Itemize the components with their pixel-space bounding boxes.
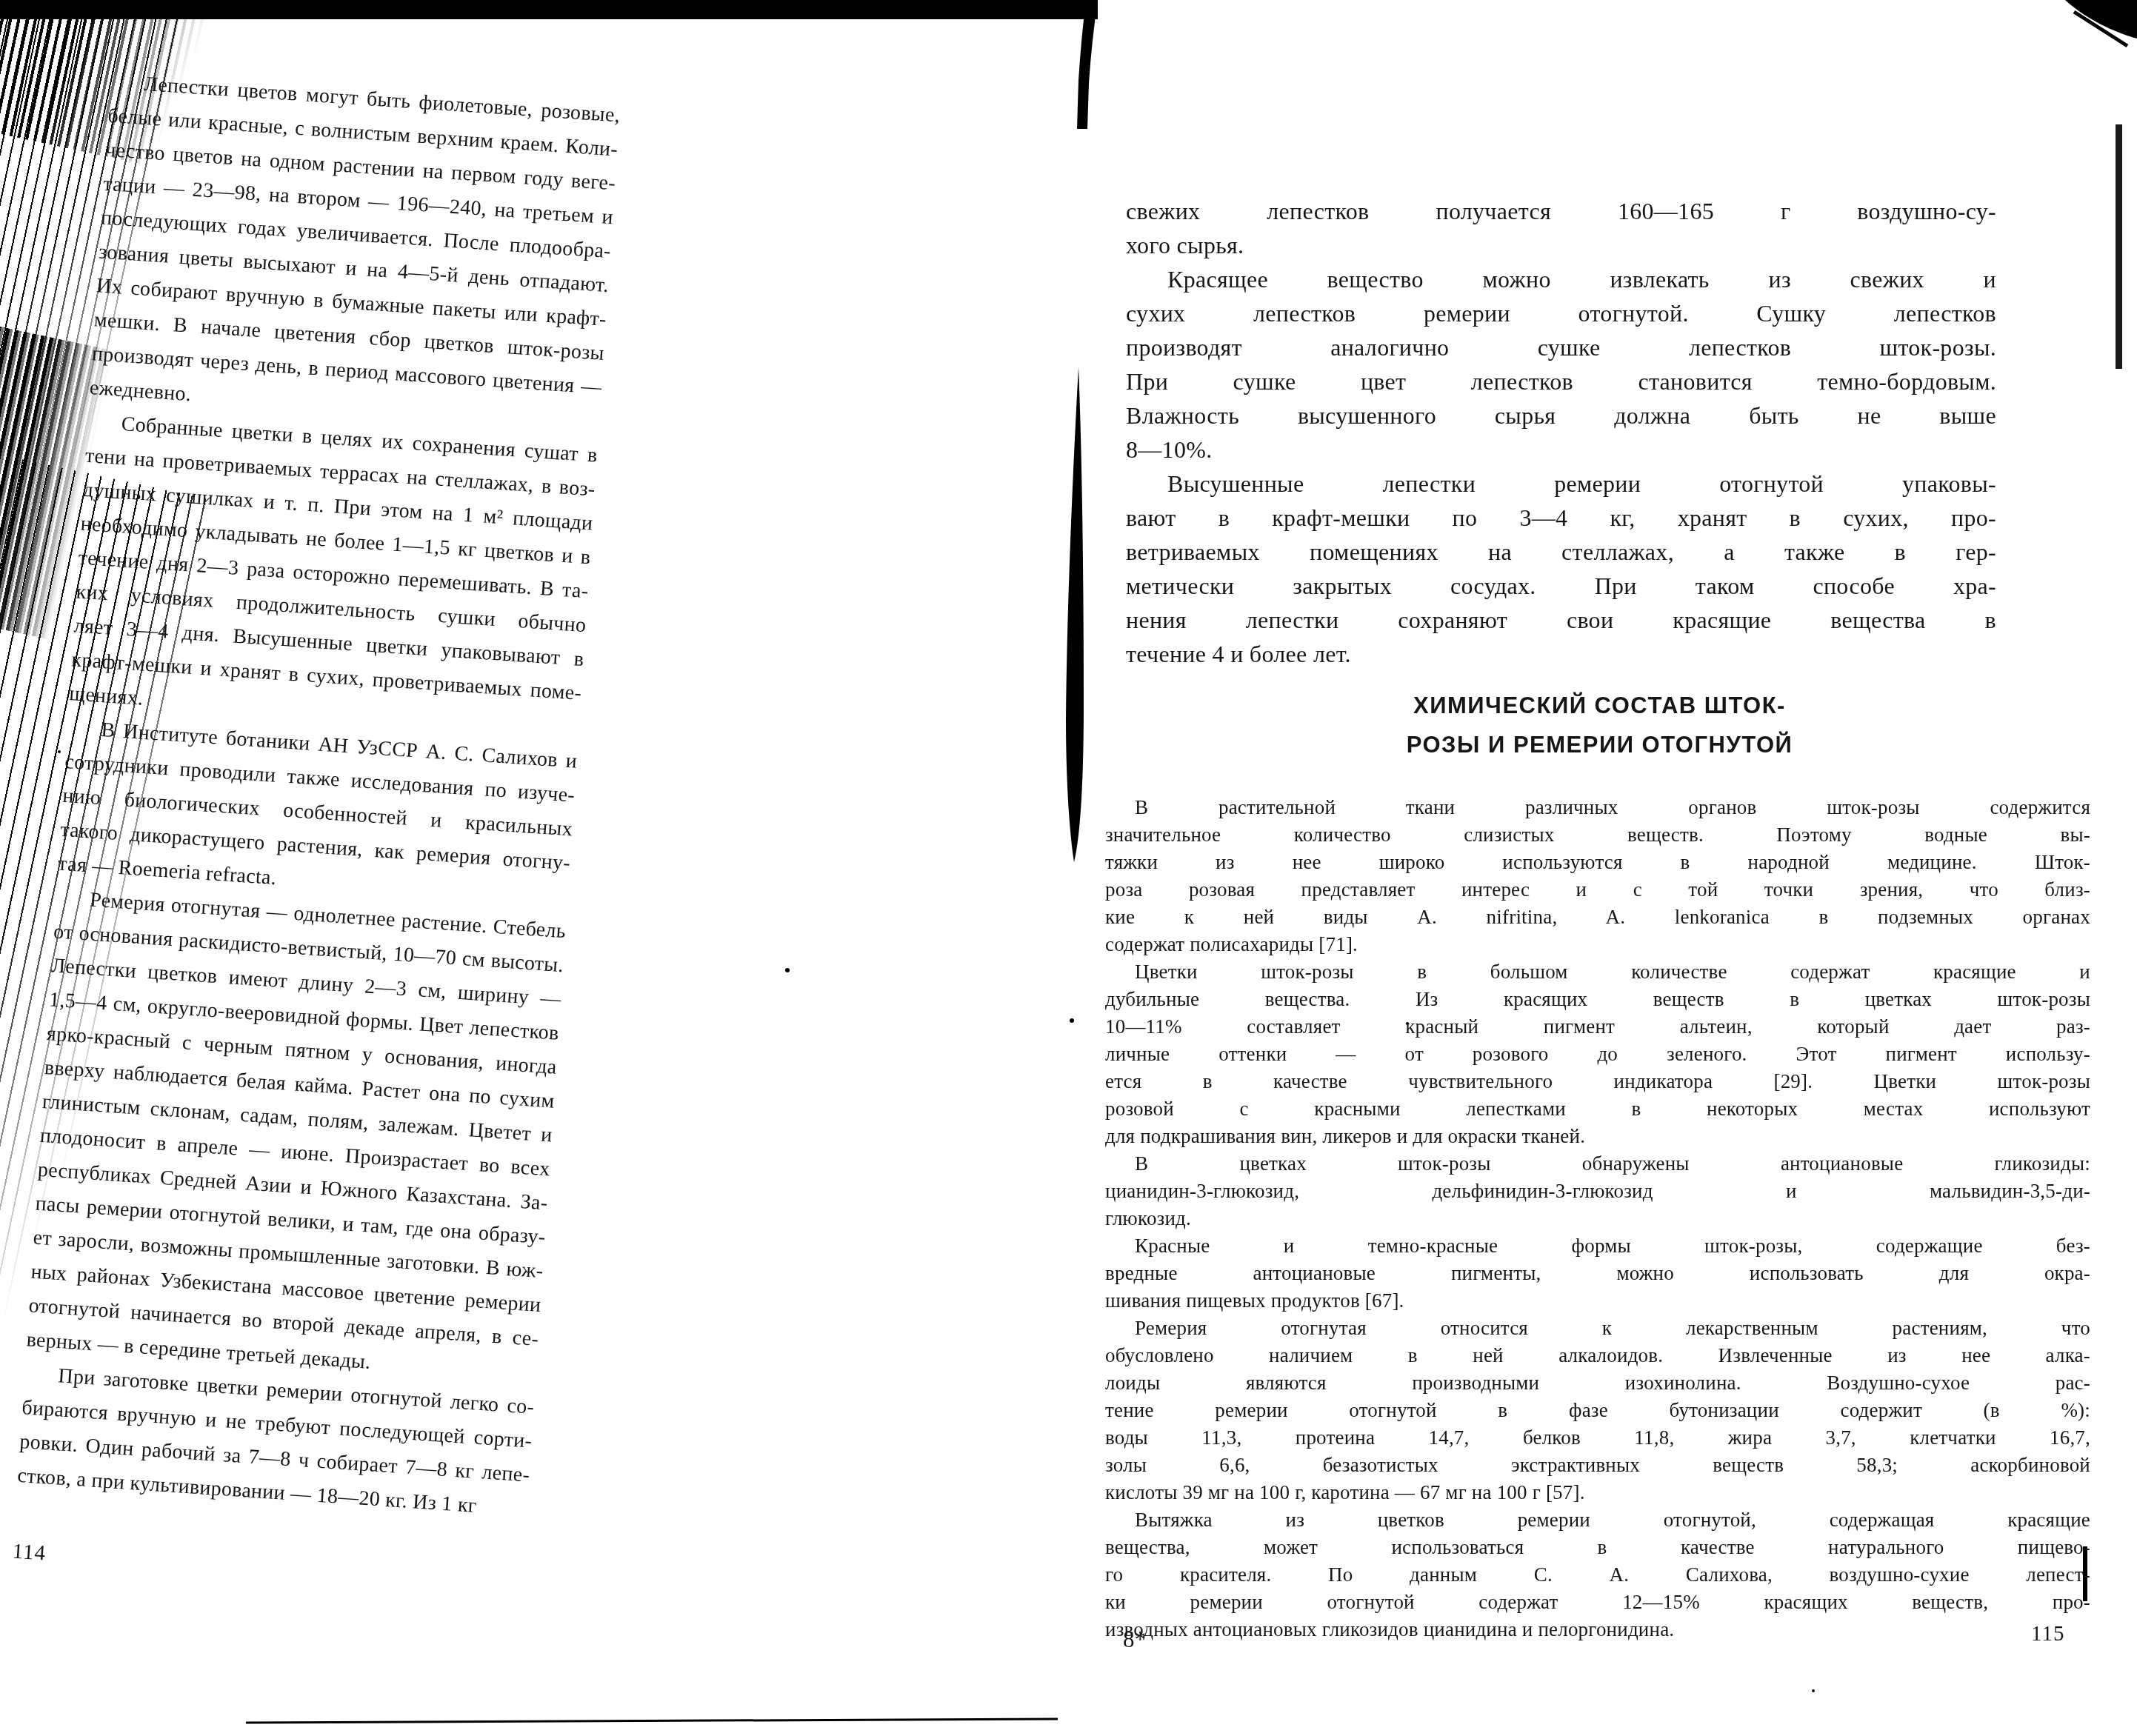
- text-line: Влажность высушенного сырья должна быть …: [1126, 398, 1996, 433]
- footnote-mark: 8*: [1123, 1626, 1146, 1653]
- paragraph: свежих лепестков получается 160—165 г во…: [1126, 194, 1996, 262]
- paragraph: Цветки шток-розы в большом количестве со…: [1105, 958, 2090, 1150]
- ink-speck: [1812, 1689, 1815, 1692]
- book-scan-spread: Лепестки цветов могут быть фиолетовые, р…: [0, 0, 2137, 1736]
- text-line: вещества, может использоваться в качеств…: [1105, 1534, 2090, 1561]
- text-line: ется в качестве чувствительного индикато…: [1105, 1068, 2090, 1095]
- text-line: 10—11% составляет красный пигмент альтеи…: [1105, 1013, 2090, 1041]
- page-number-right: 115: [2031, 1622, 2064, 1646]
- ink-speck: [58, 750, 61, 753]
- text-line: го красителя. По данным С. А. Салихова, …: [1105, 1561, 2090, 1589]
- gutter-shadow: [1066, 367, 1084, 862]
- left-page-text: Лепестки цветов могут быть фиолетовые, р…: [16, 65, 621, 1526]
- left-page: Лепестки цветов могут быть фиолетовые, р…: [11, 65, 621, 1602]
- text-line: кие к ней виды A. nifritina, A. lenkoran…: [1105, 904, 2090, 931]
- text-line: ветриваемых помещениях на стеллажах, а т…: [1126, 535, 1996, 569]
- heading-line: ХИМИЧЕСКИЙ СОСТАВ ШТОК-: [1164, 686, 2035, 725]
- gutter-hook-mark: [1077, 0, 1098, 129]
- text-line: производят аналогично сушке лепестков шт…: [1126, 330, 1996, 364]
- text-line: Высушенные лепестки ремерии отогнутой уп…: [1126, 467, 1996, 501]
- paragraph: Красные и темно-красные формы шток-розы,…: [1105, 1232, 2090, 1315]
- text-line: свежих лепестков получается 160—165 г во…: [1126, 194, 1996, 228]
- text-line: розовой с красными лепестками в некоторы…: [1105, 1095, 2090, 1123]
- right-page-main-text: свежих лепестков получается 160—165 г во…: [1126, 194, 1996, 671]
- text-line: Красные и темно-красные формы шток-розы,…: [1105, 1232, 2090, 1260]
- text-line: золы 6,6, безазотистых экстрактивных вещ…: [1105, 1452, 2090, 1479]
- text-line: воды 11,3, протеина 14,7, белков 11,8, ж…: [1105, 1424, 2090, 1452]
- text-line: кислоты 39 мг на 100 г, каротина — 67 мг…: [1105, 1479, 2090, 1506]
- top-right-corner-mark: [2065, 0, 2137, 39]
- text-line: 8—10%.: [1126, 433, 1996, 467]
- text-line: нения лепестки сохраняют свои красящие в…: [1126, 603, 1996, 637]
- paragraph: Лепестки цветов могут быть фиолетовые, р…: [89, 65, 621, 439]
- text-line: изводных антоциановых гликозидов цианиди…: [1105, 1616, 2090, 1643]
- text-line: лоиды являются производными изохинолина.…: [1105, 1369, 2090, 1397]
- text-line: роза розовая представляет интерес и с то…: [1105, 876, 2090, 904]
- text-line: значительное количество слизистых вещест…: [1105, 821, 2090, 849]
- text-line: обусловлено наличием в ней алкалоидов. И…: [1105, 1342, 2090, 1369]
- text-line: ки ремерии отогнутой содержат 12—15% кра…: [1105, 1589, 2090, 1616]
- paragraph: Высушенные лепестки ремерии отогнутой уп…: [1126, 467, 1996, 671]
- text-line: цианидин-3-глюкозид, дельфинидин-3-глюко…: [1105, 1178, 2090, 1205]
- text-line: метически закрытых сосудах. При таком сп…: [1126, 569, 1996, 603]
- text-line: Красящее вещество можно извлекать из све…: [1126, 262, 1996, 296]
- paragraph: В Институте ботаники АН УзССР А. С. Сали…: [57, 711, 579, 915]
- paragraph: Ремерия отогнутая — однолетнее растение.…: [25, 881, 567, 1391]
- text-line: содержат полисахариды [71].: [1105, 931, 2090, 958]
- ink-speck: [785, 968, 790, 972]
- paragraph: Вытяжка из цветков ремерии отогнутой, со…: [1105, 1506, 2090, 1643]
- ink-speck: [1070, 1018, 1074, 1023]
- heading-line: РОЗЫ И РЕМЕРИИ ОТОГНУТОЙ: [1164, 725, 2035, 764]
- text-line: дубильные вещества. Из красящих веществ …: [1105, 986, 2090, 1013]
- text-line: Цветки шток-розы в большом количестве со…: [1105, 958, 2090, 986]
- text-line: хого сырья.: [1126, 228, 1996, 262]
- right-edge-bar: [2116, 124, 2122, 369]
- text-line: вают в крафт-мешки по 3—4 кг, хранят в с…: [1126, 501, 1996, 535]
- text-line: личные оттенки — от розового до зеленого…: [1105, 1041, 2090, 1068]
- text-line: тение ремерии отогнутой в фазе бутонизац…: [1105, 1397, 2090, 1424]
- text-line: вредные антоциановые пигменты, можно исп…: [1105, 1260, 2090, 1287]
- text-line: глюкозид.: [1105, 1205, 2090, 1232]
- text-line: При сушке цвет лепестков становится темн…: [1126, 364, 1996, 398]
- paragraph: В цветках шток-розы обнаружены антоциано…: [1105, 1150, 2090, 1232]
- text-line: шивания пищевых продуктов [67].: [1105, 1287, 2090, 1315]
- text-line: сухих лепестков ремерии отогнутой. Сушку…: [1126, 296, 1996, 330]
- paragraph: В растительной ткани различных органов ш…: [1105, 794, 2090, 958]
- text-line: В растительной ткани различных органов ш…: [1105, 794, 2090, 821]
- paragraph: Красящее вещество можно извлекать из све…: [1126, 262, 1996, 467]
- text-line: Ремерия отогнутая относится к лекарствен…: [1105, 1315, 2090, 1342]
- section-heading: ХИМИЧЕСКИЙ СОСТАВ ШТОК-РОЗЫ И РЕМЕРИИ ОТ…: [1164, 686, 2035, 764]
- bottom-edge-line: [246, 1719, 1058, 1723]
- right-page-small-text: В растительной ткани различных органов ш…: [1105, 794, 2090, 1643]
- paragraph: Собранные цветки в целях их сохранения с…: [68, 405, 599, 745]
- text-line: для подкрашивания вин, ликеров и для окр…: [1105, 1123, 2090, 1150]
- paragraph: Ремерия отогнутая относится к лекарствен…: [1105, 1315, 2090, 1506]
- top-edge-band: [0, 0, 1098, 19]
- text-line: тяжки из нее широко используются в народ…: [1105, 849, 2090, 876]
- text-line: В цветках шток-розы обнаружены антоциано…: [1105, 1150, 2090, 1178]
- text-line: Вытяжка из цветков ремерии отогнутой, со…: [1105, 1506, 2090, 1534]
- text-line: течение 4 и более лет.: [1126, 637, 1996, 671]
